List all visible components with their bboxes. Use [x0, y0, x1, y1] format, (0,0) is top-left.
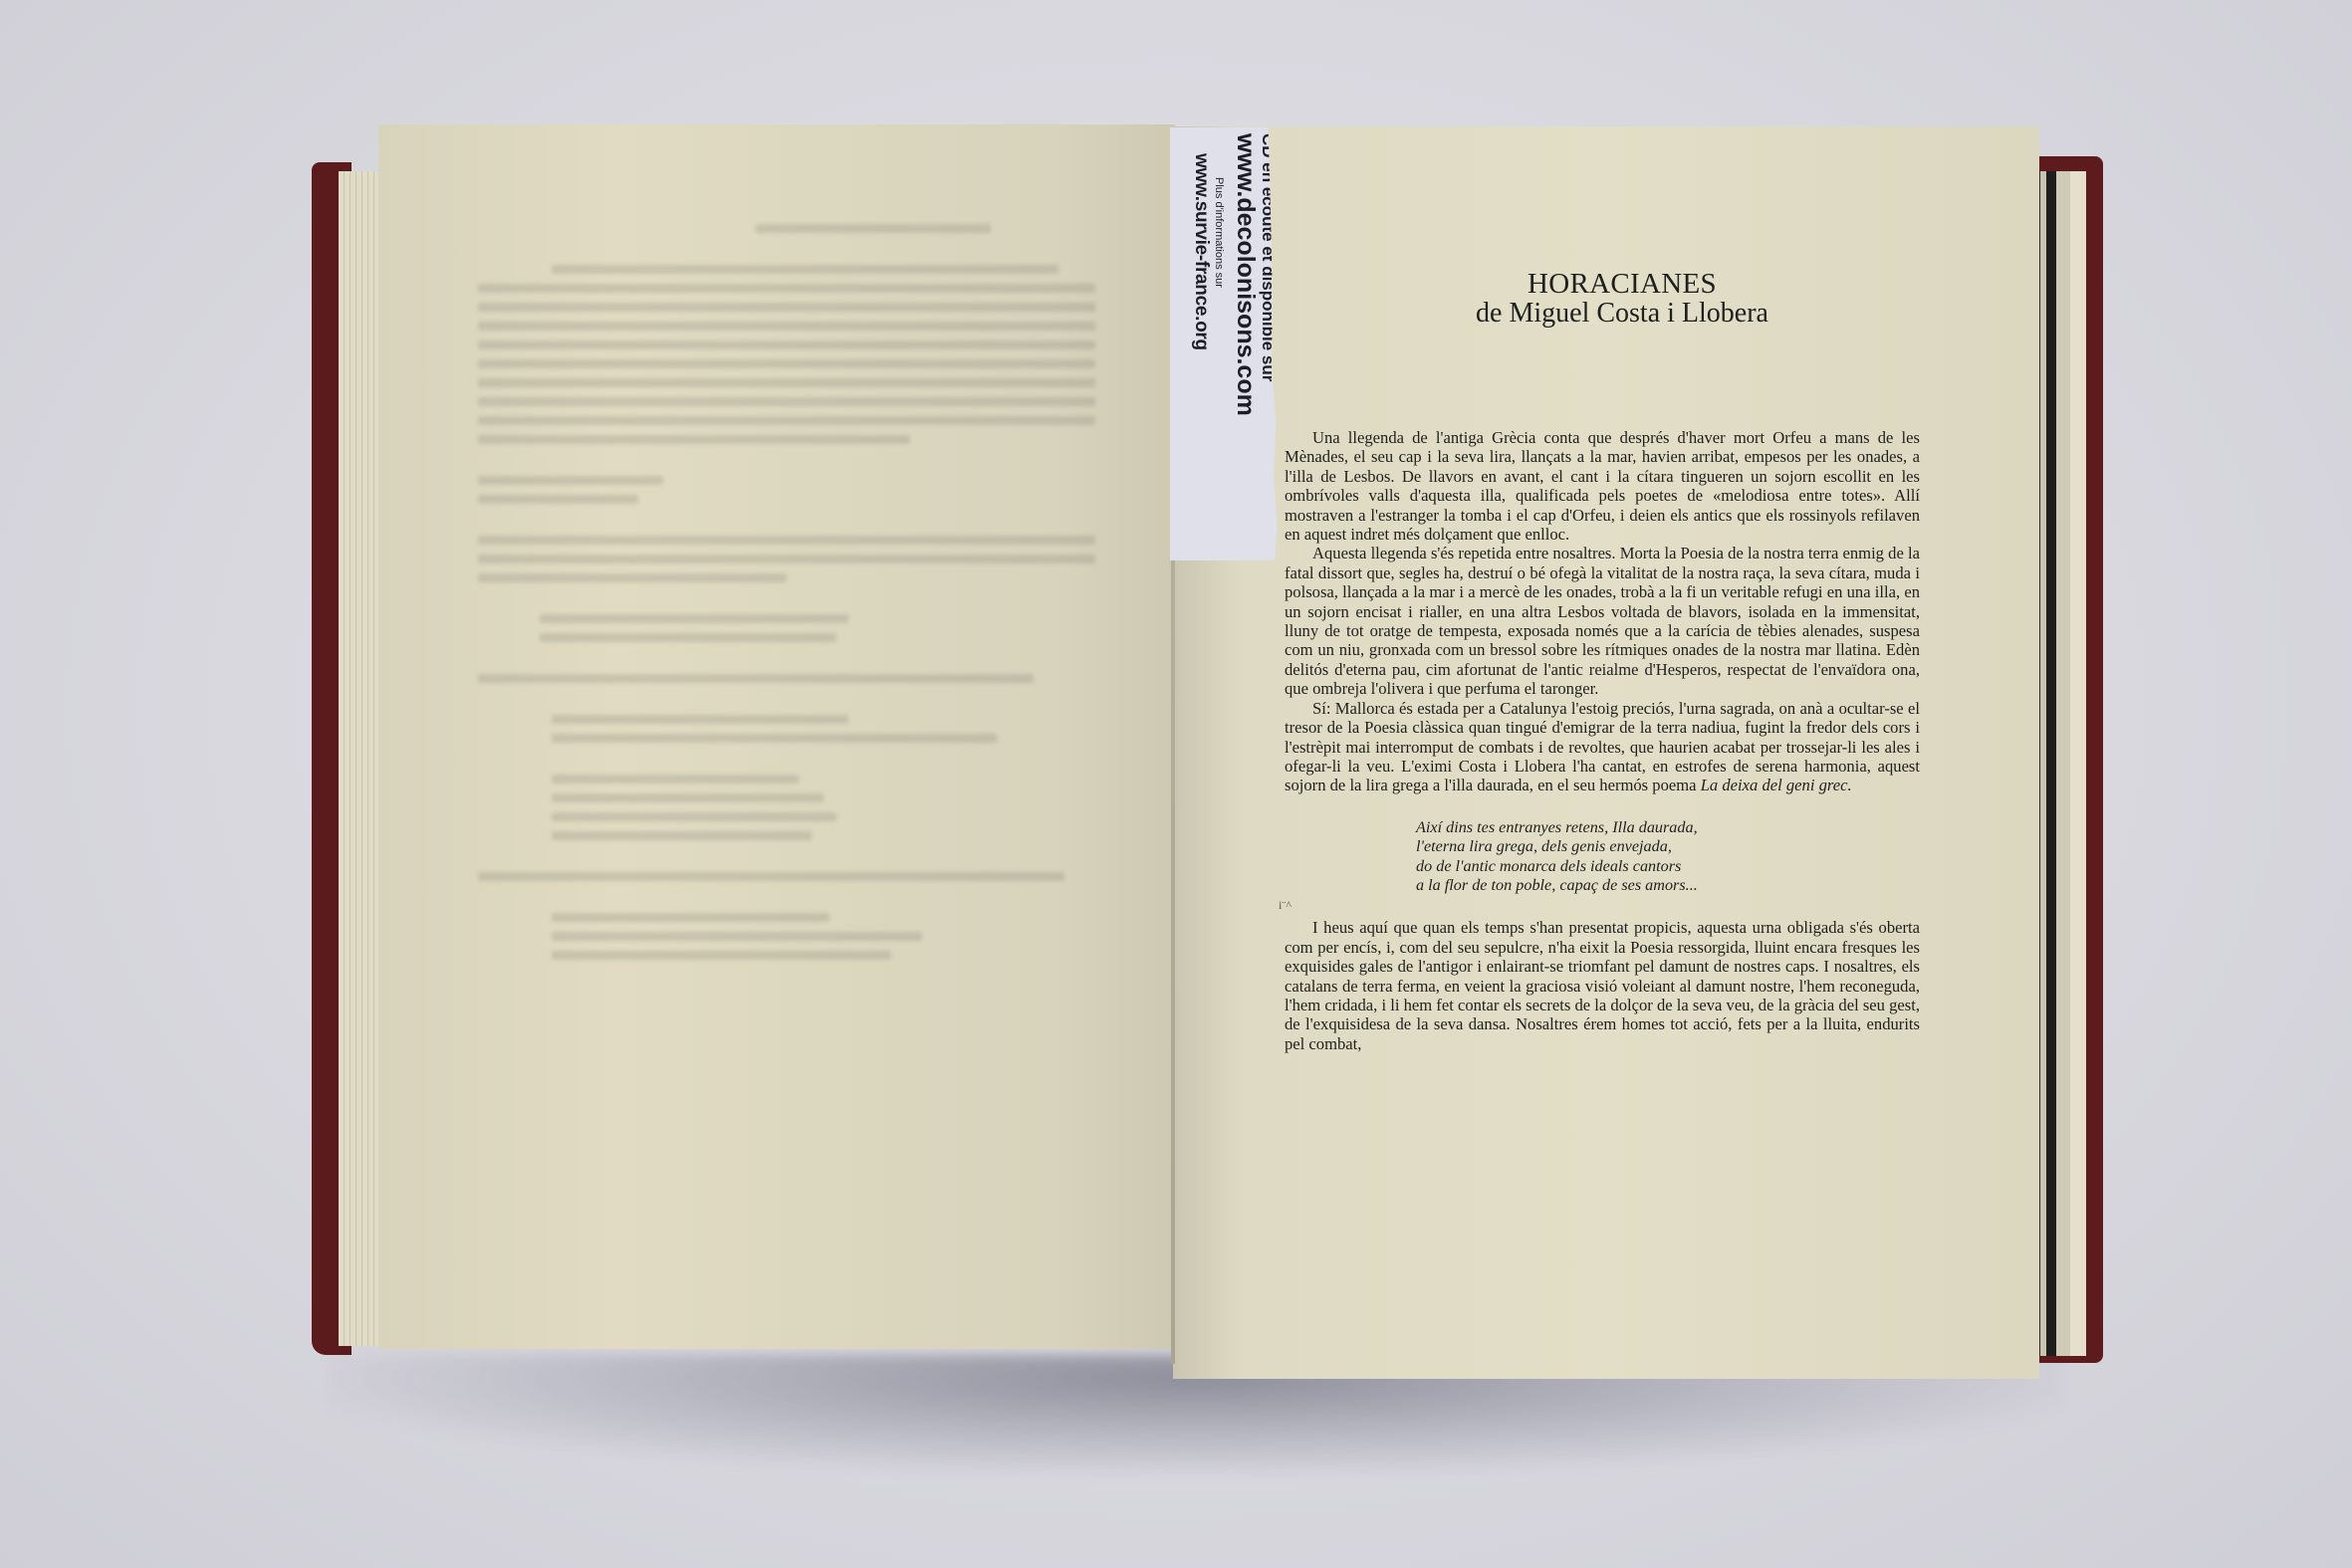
verse-line: l'eterna lira grega, dels genis envejada…: [1416, 837, 1920, 856]
paragraph-3: Sí: Mallorca és estada per a Catalunya l…: [1285, 699, 1920, 795]
page-title: HORACIANES: [1324, 269, 1920, 299]
body-text: Una llegenda de l'antiga Grècia conta qu…: [1285, 428, 1920, 1053]
show-through-text: [478, 224, 1095, 970]
paragraph-1: Una llegenda de l'antiga Grècia conta qu…: [1285, 428, 1920, 544]
verse-line: a la flor de ton poble, capaç de ses amo…: [1416, 876, 1920, 895]
left-page: [378, 124, 1175, 1349]
page-block-left: [339, 171, 383, 1346]
paragraph-2: Aquesta llegenda s'és repetida entre nos…: [1285, 544, 1920, 698]
right-page-content: HORACIANES de Miguel Costa i Llobera Una…: [1285, 269, 1920, 1053]
poem-title: La deixa del geni grec.: [1701, 776, 1852, 794]
verse-line: Així dins tes entranyes retens, Illa dau…: [1416, 818, 1920, 837]
sticker-url-survie: www.survie-france.org: [1190, 153, 1212, 350]
sticker-line-info: Plus d'informations sur: [1213, 177, 1225, 288]
paragraph-4: I heus aquí que quan els temps s'han pre…: [1285, 918, 1920, 1053]
sticker-url-decolonisons: www.decolonisons.com: [1231, 133, 1260, 416]
promo-sticker: CD en écoute et disponible sur www.decol…: [1170, 127, 1282, 560]
page-subtitle: de Miguel Costa i Llobera: [1324, 299, 1920, 329]
verse-quote: Així dins tes entranyes retens, Illa dau…: [1416, 818, 1920, 896]
verse-line: do de l'antic monarca dels ideals cantor…: [1416, 857, 1920, 876]
pencil-mark: i¨^: [1279, 896, 1292, 915]
